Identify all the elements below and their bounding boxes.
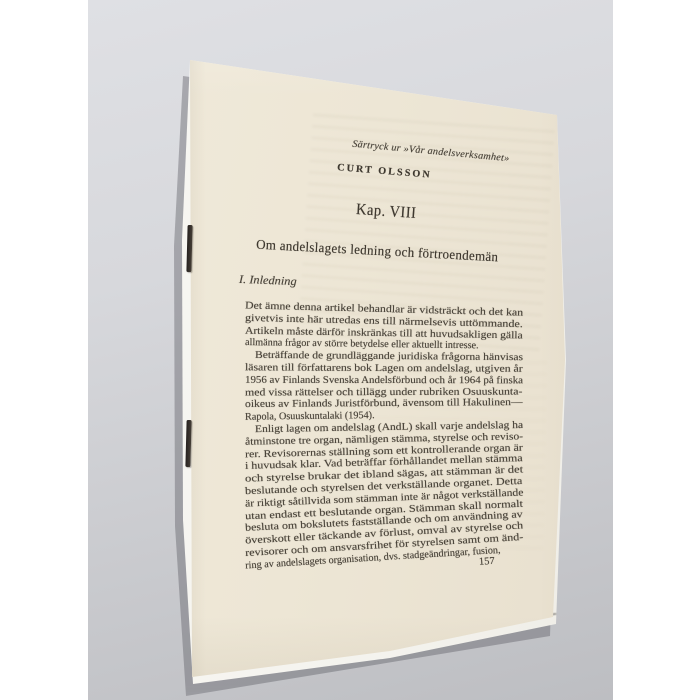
page-number: 157 <box>479 555 506 568</box>
body-line: 1956 av Finlands Svenska Andelsförbund o… <box>245 375 523 386</box>
photo-canvas: Särtryck ur »Vår andelsverksamhet» CURT … <box>0 0 700 700</box>
body-line: läsaren till författarens bok Lagen om a… <box>245 362 523 374</box>
section-heading: I. Inledning <box>239 274 297 288</box>
body-line: Beträffande de grundläggande juridiska f… <box>255 350 523 363</box>
